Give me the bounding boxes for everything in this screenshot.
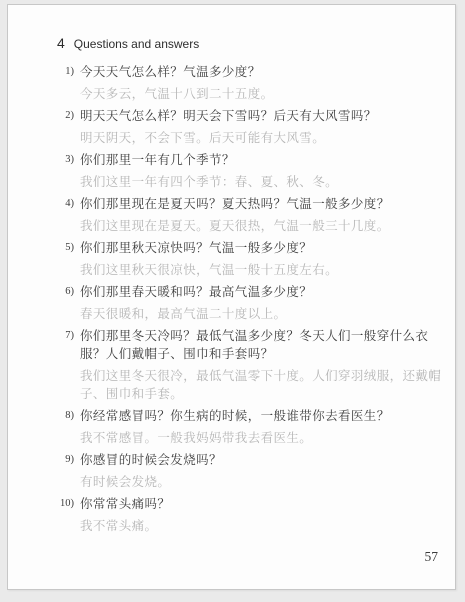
book-page: 4Questions and answers 1) 今天天气怎么样？气温多少度？… xyxy=(7,4,456,590)
qa-item-1: 1) 今天天气怎么样？气温多少度？ 今天多云，气温十八到二十五度。 xyxy=(57,63,447,103)
answer-text: 我们这里一年有四个季节：春、夏、秋、冬。 xyxy=(80,173,447,191)
question-row: 7) 你们那里冬天冷吗？最低气温多少度？冬天人们一般穿什么衣服？人们戴帽子、围巾… xyxy=(57,327,447,363)
question-row: 9) 你感冒的时候会发烧吗？ xyxy=(57,451,447,469)
section-number: 4 xyxy=(57,35,65,51)
question-number: 3) xyxy=(57,151,80,169)
qa-item-5: 5) 你们那里秋天凉快吗？气温一般多少度？ 我们这里秋天很凉快，气温一般十五度左… xyxy=(57,239,447,279)
question-row: 2) 明天天气怎么样？明天会下雪吗？后天有大风雪吗？ xyxy=(57,107,447,125)
question-text: 你感冒的时候会发烧吗？ xyxy=(80,451,447,469)
question-number: 6) xyxy=(57,283,80,301)
question-row: 4) 你们那里现在是夏天吗？夏天热吗？气温一般多少度？ xyxy=(57,195,447,213)
page-number: 57 xyxy=(425,549,439,565)
qa-item-8: 8) 你经常感冒吗？你生病的时候，一般谁带你去看医生？ 我不常感冒。一般我妈妈带… xyxy=(57,407,447,447)
section-header: 4Questions and answers xyxy=(57,35,199,53)
qa-item-7: 7) 你们那里冬天冷吗？最低气温多少度？冬天人们一般穿什么衣服？人们戴帽子、围巾… xyxy=(57,327,447,403)
question-text: 你们那里春天暖和吗？最高气温多少度？ xyxy=(80,283,447,301)
question-number: 2) xyxy=(57,107,80,125)
question-text: 你们那里现在是夏天吗？夏天热吗？气温一般多少度？ xyxy=(80,195,447,213)
qa-list: 1) 今天天气怎么样？气温多少度？ 今天多云，气温十八到二十五度。 2) 明天天… xyxy=(57,63,447,539)
question-row: 5) 你们那里秋天凉快吗？气温一般多少度？ xyxy=(57,239,447,257)
qa-item-6: 6) 你们那里春天暖和吗？最高气温多少度？ 春天很暖和，最高气温二十度以上。 xyxy=(57,283,447,323)
qa-item-10: 10) 你常常头痛吗？ 我不常头痛。 xyxy=(57,495,447,535)
section-title: Questions and answers xyxy=(74,37,199,51)
question-text: 明天天气怎么样？明天会下雪吗？后天有大风雪吗？ xyxy=(80,107,447,125)
question-number: 1) xyxy=(57,63,80,81)
answer-text: 我们这里现在是夏天。夏天很热，气温一般三十几度。 xyxy=(80,217,447,235)
question-text: 你常常头痛吗？ xyxy=(80,495,447,513)
question-number: 5) xyxy=(57,239,80,257)
answer-text: 我们这里秋天很凉快，气温一般十五度左右。 xyxy=(80,261,447,279)
question-number: 7) xyxy=(57,327,80,345)
answer-text: 我不常头痛。 xyxy=(80,517,447,535)
answer-text: 我们这里冬天很冷，最低气温零下十度。人们穿羽绒服，还戴帽子、围巾和手套。 xyxy=(80,367,447,403)
question-number: 4) xyxy=(57,195,80,213)
answer-text: 有时候会发烧。 xyxy=(80,473,447,491)
question-text: 你们那里一年有几个季节？ xyxy=(80,151,447,169)
question-text: 你们那里冬天冷吗？最低气温多少度？冬天人们一般穿什么衣服？人们戴帽子、围巾和手套… xyxy=(80,327,447,363)
question-row: 3) 你们那里一年有几个季节？ xyxy=(57,151,447,169)
qa-item-3: 3) 你们那里一年有几个季节？ 我们这里一年有四个季节：春、夏、秋、冬。 xyxy=(57,151,447,191)
qa-item-2: 2) 明天天气怎么样？明天会下雪吗？后天有大风雪吗？ 明天阴天，不会下雪。后天可… xyxy=(57,107,447,147)
answer-text: 春天很暖和，最高气温二十度以上。 xyxy=(80,305,447,323)
qa-item-9: 9) 你感冒的时候会发烧吗？ 有时候会发烧。 xyxy=(57,451,447,491)
question-row: 10) 你常常头痛吗？ xyxy=(57,495,447,513)
question-number: 10) xyxy=(57,495,80,513)
question-text: 你们那里秋天凉快吗？气温一般多少度？ xyxy=(80,239,447,257)
question-number: 8) xyxy=(57,407,80,425)
question-text: 你经常感冒吗？你生病的时候，一般谁带你去看医生？ xyxy=(80,407,447,425)
answer-text: 明天阴天，不会下雪。后天可能有大风雪。 xyxy=(80,129,447,147)
question-row: 1) 今天天气怎么样？气温多少度？ xyxy=(57,63,447,81)
question-text: 今天天气怎么样？气温多少度？ xyxy=(80,63,447,81)
question-row: 6) 你们那里春天暖和吗？最高气温多少度？ xyxy=(57,283,447,301)
question-number: 9) xyxy=(57,451,80,469)
qa-item-4: 4) 你们那里现在是夏天吗？夏天热吗？气温一般多少度？ 我们这里现在是夏天。夏天… xyxy=(57,195,447,235)
question-row: 8) 你经常感冒吗？你生病的时候，一般谁带你去看医生？ xyxy=(57,407,447,425)
answer-text: 我不常感冒。一般我妈妈带我去看医生。 xyxy=(80,429,447,447)
answer-text: 今天多云，气温十八到二十五度。 xyxy=(80,85,447,103)
